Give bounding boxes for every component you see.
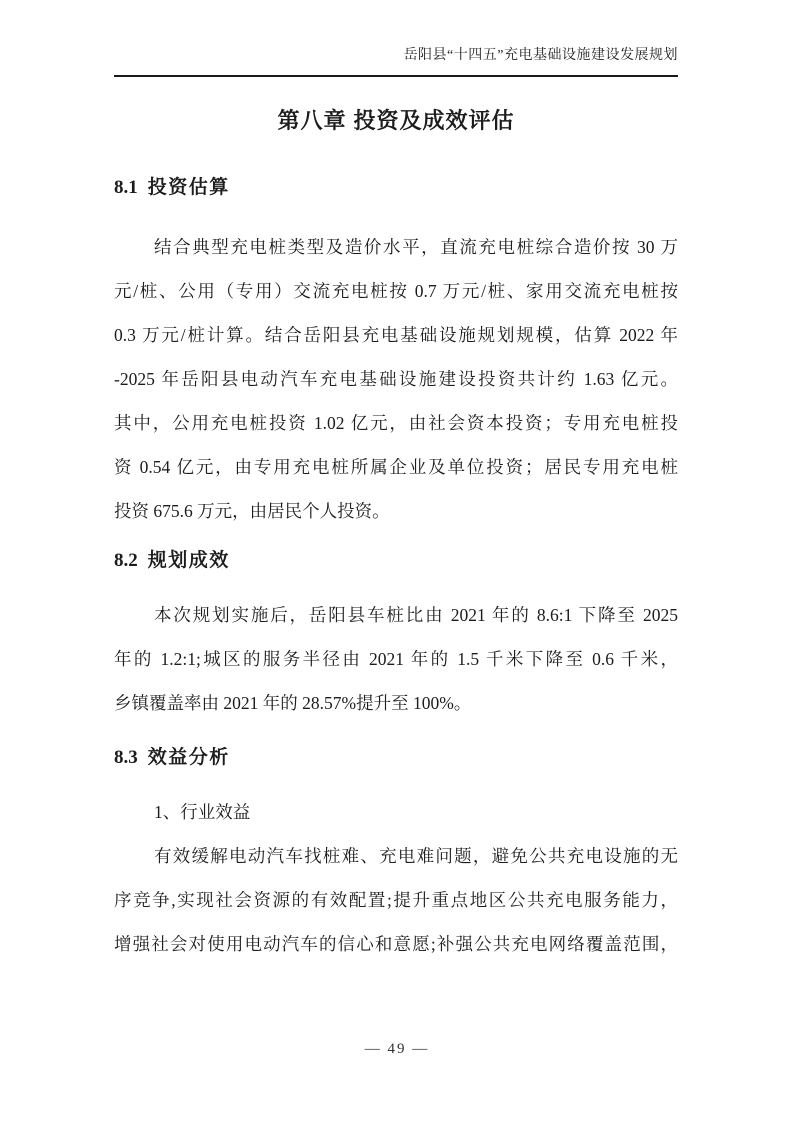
paragraph-line: 其中，公用充电桩投资 1.02 亿元，由社会资本投资；专用充电桩投 bbox=[114, 401, 678, 445]
paragraph-line: 增强社会对使用电动汽车的信心和意愿;补强公共充电网络覆盖范围， bbox=[114, 922, 678, 966]
paragraph-line: 0.3 万元/桩计算。结合岳阳县充电基础设施规划规模，估算 2022 年 bbox=[114, 313, 678, 357]
paragraph-line: 资 0.54 亿元，由专用充电桩所属企业及单位投资；居民专用充电桩 bbox=[114, 445, 678, 489]
paragraph-line: 结合典型充电桩类型及造价水平，直流充电桩综合造价按 30 万 bbox=[114, 225, 678, 269]
list-item-heading: 1、行业效益 bbox=[114, 790, 678, 834]
page-header: 岳阳县“十四五”充电基础设施建设发展规划 bbox=[114, 0, 678, 77]
section-title: 效益分析 bbox=[148, 747, 230, 768]
paragraph-line: 元/桩、公用（专用）交流充电桩按 0.7 万元/桩、家用交流充电桩按 bbox=[114, 269, 678, 313]
paragraph-line: 序竞争,实现社会资源的有效配置;提升重点地区公共充电服务能力， bbox=[114, 878, 678, 922]
page-footer: — 49 — bbox=[0, 1039, 794, 1059]
page-content: 岳阳县“十四五”充电基础设施建设发展规划 第八章 投资及成效评估 8.1投资估算… bbox=[0, 0, 794, 966]
section-number: 8.1 bbox=[114, 177, 138, 198]
section-heading-8-3: 8.3效益分析 bbox=[114, 744, 678, 772]
section-heading-8-1: 8.1投资估算 bbox=[114, 174, 678, 202]
header-title: 岳阳县“十四五”充电基础设施建设发展规划 bbox=[404, 48, 678, 63]
section-title: 投资估算 bbox=[148, 177, 230, 198]
paragraph-8-2: 本次规划实施后，岳阳县车桩比由 2021 年的 8.6:1 下降至 2025 年… bbox=[114, 593, 678, 725]
paragraph-8-3: 有效缓解电动汽车找桩难、充电难问题，避免公共充电设施的无 序竞争,实现社会资源的… bbox=[114, 834, 678, 966]
section-number: 8.3 bbox=[114, 747, 138, 768]
paragraph-line: 年的 1.2:1;城区的服务半径由 2021 年的 1.5 千米下降至 0.6 … bbox=[114, 637, 678, 681]
paragraph-8-1: 结合典型充电桩类型及造价水平，直流充电桩综合造价按 30 万 元/桩、公用（专用… bbox=[114, 225, 678, 533]
footer-page-number: — 49 — bbox=[365, 1041, 430, 1057]
section-number: 8.2 bbox=[114, 550, 138, 571]
paragraph-line: 乡镇覆盖率由 2021 年的 28.57%提升至 100%。 bbox=[114, 681, 678, 725]
document-page: 岳阳县“十四五”充电基础设施建设发展规划 第八章 投资及成效评估 8.1投资估算… bbox=[0, 0, 794, 1122]
section-title: 规划成效 bbox=[148, 550, 230, 571]
paragraph-line: 本次规划实施后，岳阳县车桩比由 2021 年的 8.6:1 下降至 2025 bbox=[114, 593, 678, 637]
paragraph-line: 有效缓解电动汽车找桩难、充电难问题，避免公共充电设施的无 bbox=[114, 834, 678, 878]
chapter-title: 第八章 投资及成效评估 bbox=[114, 104, 678, 138]
paragraph-line: -2025 年岳阳县电动汽车充电基础设施建设投资共计约 1.63 亿元。 bbox=[114, 357, 678, 401]
section-heading-8-2: 8.2规划成效 bbox=[114, 547, 678, 575]
paragraph-line: 投资 675.6 万元，由居民个人投资。 bbox=[114, 489, 678, 533]
